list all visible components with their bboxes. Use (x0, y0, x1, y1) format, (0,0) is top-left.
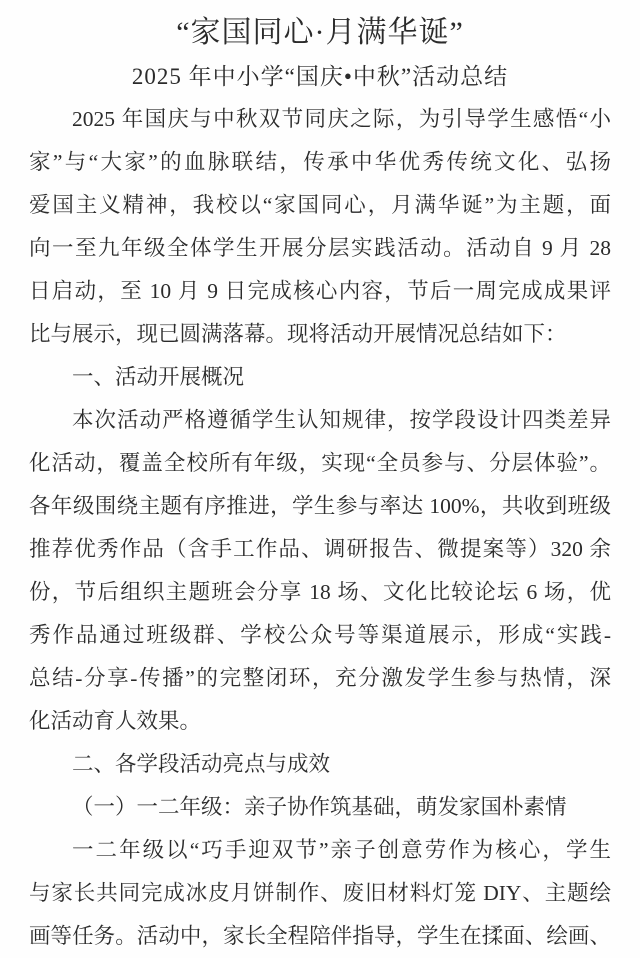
document-title: “家国同心·月满华诞” (29, 10, 611, 56)
doc-heading-section-1: 一、活动开展概况 (29, 356, 611, 399)
doc-line: 本次活动严格遵循学生认知规律，按学段设计四类差异 (29, 399, 611, 442)
doc-line: 画等任务。活动中，家长全程陪伴指导，学生在揉面、绘画、 (29, 915, 611, 958)
doc-line: 2025 年国庆与中秋双节同庆之际，为引导学生感悟“小 (29, 98, 611, 141)
doc-line: 秀作品通过班级群、学校公众号等渠道展示，形成“实践- (29, 614, 611, 657)
doc-line: 家”与“大家”的血脉联结，传承中华优秀传统文化、弘扬 (29, 141, 611, 184)
doc-line: 比与展示，现已圆满落幕。现将活动开展情况总结如下： (29, 313, 611, 356)
doc-line: 爱国主义精神，我校以“家国同心，月满华诞”为主题，面 (29, 184, 611, 227)
doc-line: 总结-分享-传播”的完整闭环，充分激发学生参与热情，深 (29, 657, 611, 700)
doc-line: 一二年级以“巧手迎双节”亲子创意劳作为核心，学生 (29, 829, 611, 872)
doc-line: 各年级围绕主题有序推进，学生参与率达 100%，共收到班级 (29, 485, 611, 528)
doc-line: 推荐优秀作品（含手工作品、调研报告、微提案等）320 余 (29, 528, 611, 571)
doc-heading-section-2: 二、各学段活动亮点与成效 (29, 743, 611, 786)
doc-line: 与家长共同完成冰皮月饼制作、废旧材料灯笼 DIY、主题绘 (29, 872, 611, 915)
document-body: 2025 年国庆与中秋双节同庆之际，为引导学生感悟“小 家”与“大家”的血脉联结… (29, 98, 611, 958)
document-page: “家国同心·月满华诞” 2025 年中小学“国庆•中秋”活动总结 2025 年国… (0, 0, 640, 958)
doc-line: 日启动，至 10 月 9 日完成核心内容，节后一周完成成果评 (29, 270, 611, 313)
doc-line: 份，节后组织主题班会分享 18 场、文化比较论坛 6 场，优 (29, 571, 611, 614)
doc-line: 向一至九年级全体学生开展分层实践活动。活动自 9 月 28 (29, 227, 611, 270)
doc-line: 化活动育人效果。 (29, 700, 611, 743)
document-subtitle: 2025 年中小学“国庆•中秋”活动总结 (29, 56, 611, 98)
doc-line: 化活动，覆盖全校所有年级，实现“全员参与、分层体验”。 (29, 442, 611, 485)
doc-heading-subsection-1: （一）一二年级：亲子协作筑基础，萌发家国朴素情 (29, 786, 611, 829)
